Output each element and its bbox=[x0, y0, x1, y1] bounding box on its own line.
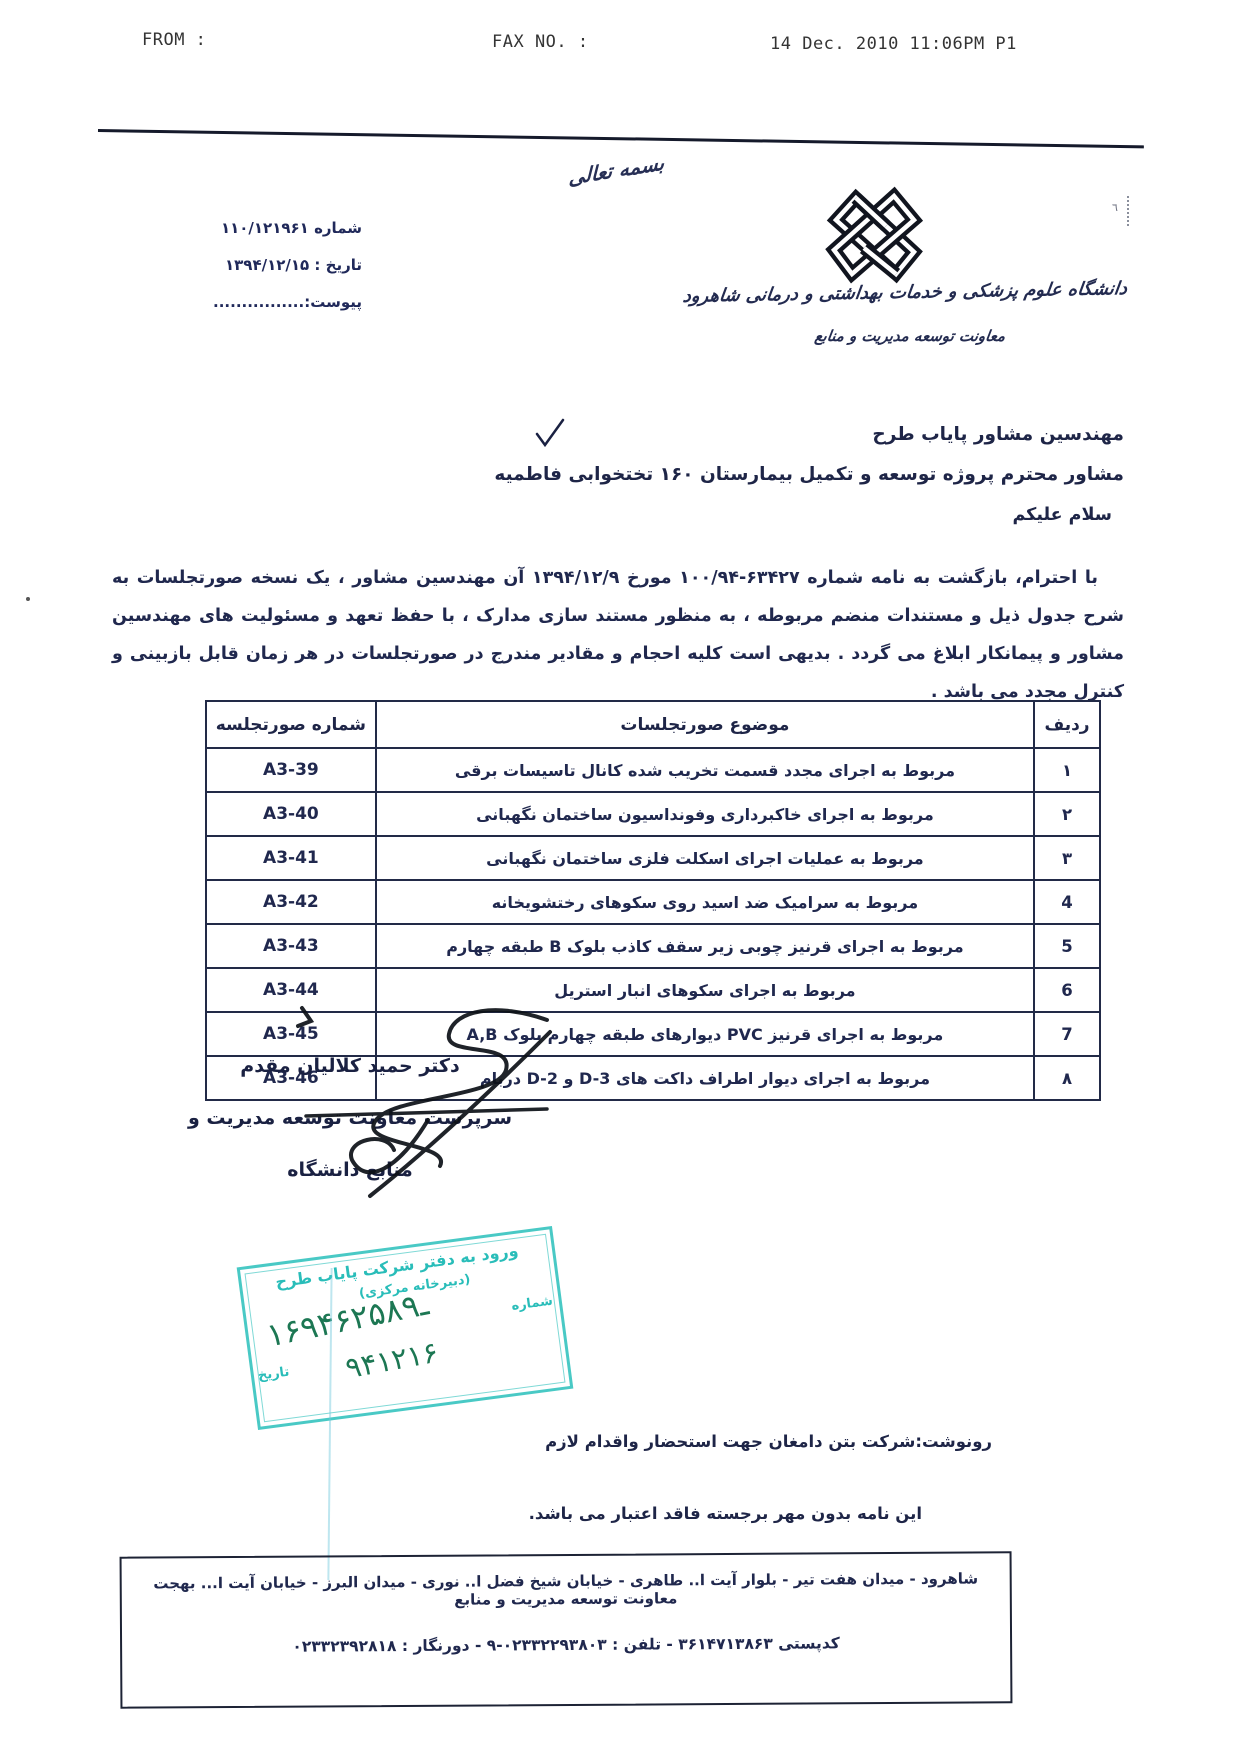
row-no: 6 bbox=[1034, 968, 1100, 1012]
scan-edge-line bbox=[98, 129, 1144, 148]
fax-number-label: FAX NO. : bbox=[492, 32, 589, 52]
row-no: ۳ bbox=[1034, 836, 1100, 880]
table-row: ۱ مربوط به اجرای مجدد قسمت تخریب شده کان… bbox=[206, 748, 1100, 792]
handwritten-signature bbox=[242, 998, 592, 1213]
row-minutes-no: A3-43 bbox=[206, 924, 376, 968]
bismillah-text: بسمه تعالی bbox=[568, 150, 664, 189]
row-minutes-no: A3-40 bbox=[206, 792, 376, 836]
row-subject: مربوط به سرامیک ضد اسید روی سکوهای رختشو… bbox=[376, 880, 1034, 924]
table-row: 5 مربوط به اجرای قرنیز چوبی زیر سقف کاذب… bbox=[206, 924, 1100, 968]
reference-block: شماره ۱۱۰/۱۲۱۹۶۱ تاریخ : ۱۳۹۴/۱۲/۱۵ پیوس… bbox=[182, 210, 362, 321]
recipient-line-1: مهندسین مشاور پایاب طرح bbox=[872, 424, 1124, 445]
table-header-row: ردیف موضوع صورتجلسات شماره صورتجلسه bbox=[206, 701, 1100, 748]
table-row: ۲ مربوط به اجرای خاکبرداری وفونداسیون سا… bbox=[206, 792, 1100, 836]
reference-attachment-line: پیوست:................ bbox=[182, 284, 362, 321]
validity-note: این نامه بدون مهر برجسته فاقد اعتبار می … bbox=[529, 1504, 922, 1523]
table-row: ۳ مربوط به عملیات اجرای اسکلت فلزی ساختم… bbox=[206, 836, 1100, 880]
recipient-line-2: مشاور محترم پروژه توسعه و تکمیل بیمارستا… bbox=[494, 464, 1124, 485]
row-subject: مربوط به عملیات اجرای اسکلت فلزی ساختمان… bbox=[376, 836, 1034, 880]
stamp-date-handwritten: ۹۴۱۲۱۶ bbox=[343, 1335, 441, 1385]
row-no: ۲ bbox=[1034, 792, 1100, 836]
row-minutes-no: A3-39 bbox=[206, 748, 376, 792]
row-subject: مربوط به اجرای مجدد قسمت تخریب شده کانال… bbox=[376, 748, 1034, 792]
row-no: 7 bbox=[1034, 1012, 1100, 1056]
header-row-no: ردیف bbox=[1034, 701, 1100, 748]
scan-artifact-mark: ٦ bbox=[1112, 201, 1118, 214]
stamp-number-label: شماره bbox=[511, 1294, 554, 1314]
salutation: سلام علیکم bbox=[1012, 505, 1112, 525]
received-stamp: ورود به دفتر شرکت پایاب طرح (دبیرخانه مر… bbox=[237, 1226, 574, 1430]
stamp-date-label: تاریخ bbox=[257, 1365, 290, 1384]
reference-number-line: شماره ۱۱۰/۱۲۱۹۶۱ bbox=[182, 210, 362, 247]
row-no: 4 bbox=[1034, 880, 1100, 924]
reference-date-line: تاریخ : ۱۳۹۴/۱۲/۱۵ bbox=[182, 247, 362, 284]
scan-artifact-dot bbox=[26, 597, 30, 601]
row-no: ۱ bbox=[1034, 748, 1100, 792]
row-minutes-no: A3-42 bbox=[206, 880, 376, 924]
university-knot-logo-icon bbox=[824, 186, 924, 286]
header-minutes-no: شماره صورتجلسه bbox=[206, 701, 376, 748]
fax-document-page: FROM : FAX NO. : 14 Dec. 2010 11:06PM P1… bbox=[0, 0, 1240, 1753]
check-mark-icon bbox=[533, 418, 567, 448]
scan-artifact-dots bbox=[1127, 196, 1129, 226]
university-name: دانشگاه علوم پزشکی و خدمات بهداشتی و درم… bbox=[678, 278, 1132, 307]
row-no: ۸ bbox=[1034, 1056, 1100, 1100]
footer-address-box: شاهرود - میدان هفت تیر - بلوار آیت ا.. ط… bbox=[120, 1551, 1013, 1708]
footer-address: شاهرود - میدان هفت تیر - بلوار آیت ا.. ط… bbox=[130, 1569, 1002, 1610]
department-name: معاونت توسعه مدیریت و منابع bbox=[769, 327, 1052, 345]
row-no: 5 bbox=[1034, 924, 1100, 968]
row-subject: مربوط به اجرای قرنیز چوبی زیر سقف کاذب ب… bbox=[376, 924, 1034, 968]
cc-line: رونوشت:شرکت بتن دامغان جهت استحضار واقدا… bbox=[545, 1432, 992, 1451]
row-subject: مربوط به اجرای خاکبرداری وفونداسیون ساخت… bbox=[376, 792, 1034, 836]
fax-timestamp: 14 Dec. 2010 11:06PM P1 bbox=[770, 34, 1017, 54]
fax-from-label: FROM : bbox=[142, 30, 206, 50]
row-minutes-no: A3-41 bbox=[206, 836, 376, 880]
header-subject: موضوع صورتجلسات bbox=[376, 701, 1034, 748]
table-row: 4 مربوط به سرامیک ضد اسید روی سکوهای رخت… bbox=[206, 880, 1100, 924]
footer-contact: کدپستی ۳۶۱۴۷۱۳۸۶۳ - تلفن : ۰۲۳۳۲۲۹۳۸۰۳-۹… bbox=[130, 1633, 1002, 1656]
letter-body: با احترام، بازگشت به نامه شماره ۶۳۴۲۷-۱۰… bbox=[112, 559, 1124, 711]
